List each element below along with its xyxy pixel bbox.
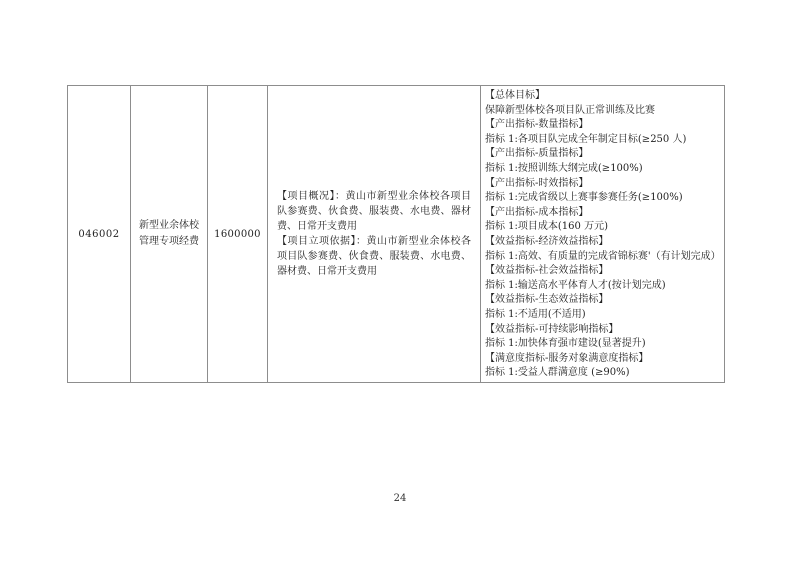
indicator-line: 指标 1:按照训练大纲完成(≥100%): [485, 162, 720, 177]
project-budget-table: 046002 新型业余体校管理专项经费 1600000 【项目概况】：黄山市新型…: [67, 85, 725, 383]
project-name: 新型业余体校管理专项经费: [139, 218, 199, 250]
indicator-line: 【效益指标-经济效益指标】: [485, 235, 720, 250]
indicator-line: 【产出指标-成本指标】: [485, 206, 720, 221]
indicator-line: 指标 1:不适用(不适用): [485, 308, 720, 323]
indicator-line: 【总体目标】: [485, 89, 720, 104]
indicator-line: 【产出指标-数量指标】: [485, 118, 720, 133]
indicator-line: 指标 1:高效、有质量的完成省锦标赛'（有计划完成）: [485, 250, 720, 265]
project-description-cell: 【项目概况】：黄山市新型业余体校各项目队参赛费、伙食费、服装费、水电费、器材费、…: [268, 86, 481, 382]
project-amount: 1600000: [214, 229, 261, 240]
page-number: 24: [0, 493, 800, 504]
project-code: 046002: [78, 229, 119, 240]
project-name-cell: 新型业余体校管理专项经费: [131, 86, 208, 382]
indicator-line: 【效益指标-生态效益指标】: [485, 293, 720, 308]
indicator-line: 指标 1:完成省级以上赛事参赛任务(≥100%): [485, 191, 720, 206]
indicator-line: 【产出指标-质量指标】: [485, 147, 720, 162]
project-amount-cell: 1600000: [208, 86, 268, 382]
document-page: 046002 新型业余体校管理专项经费 1600000 【项目概况】：黄山市新型…: [0, 0, 800, 565]
indicator-line: 【效益指标-社会效益指标】: [485, 264, 720, 279]
indicator-line: 【产出指标-时效指标】: [485, 177, 720, 192]
project-indicators-cell: 【总体目标】保障新型体校各项目队正常训练及比赛【产出指标-数量指标】指标 1:各…: [481, 86, 724, 382]
indicator-line: 指标 1:输送高水平体育人才(按计划完成): [485, 279, 720, 294]
project-code-cell: 046002: [68, 86, 131, 382]
indicator-line: 保障新型体校各项目队正常训练及比赛: [485, 104, 720, 119]
indicator-line: 【满意度指标-服务对象满意度指标】: [485, 352, 720, 367]
indicator-line: 指标 1:项目成本(160 万元): [485, 220, 720, 235]
project-overview: 【项目概况】：黄山市新型业余体校各项目队参赛费、伙食费、服装费、水电费、器材费、…: [277, 189, 471, 234]
indicator-line: 【效益指标-可持续影响指标】: [485, 323, 720, 338]
project-basis: 【项目立项依据】：黄山市新型业余体校各项目队参赛费、伙食费、服装费、水电费、器材…: [277, 234, 471, 279]
indicator-line: 指标 1:受益人群满意度 (≥90%): [485, 366, 720, 381]
indicator-line: 指标 1:各项目队完成全年制定目标(≥250 人): [485, 133, 720, 148]
indicator-line: 指标 1:加快体育强市建设(显著提升): [485, 337, 720, 352]
